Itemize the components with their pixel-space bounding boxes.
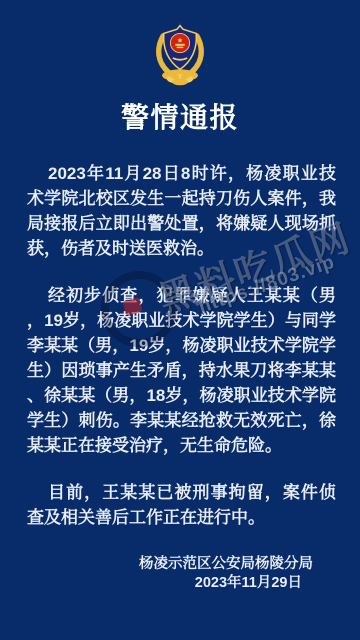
issuer-name: 杨凌示范区公安局杨陵分局: [139, 555, 313, 574]
notice-paragraph-1: 2023年11月28日8时许，杨凌职业技术学院北校区发生一起持刀伤人案件，我局接…: [27, 161, 336, 261]
police-emblem-icon: [150, 22, 210, 88]
signature-block: 杨凌示范区公安局杨陵分局 2023年11月29日: [139, 555, 313, 593]
police-notice-poster: 警情通报 2023年11月28日8时许，杨凌职业技术学院北校区发生一起持刀伤人案…: [0, 0, 360, 640]
notice-paragraph-3: 目前，王某某已被刑事拘留，案件侦查及相关善后工作正在进行中。: [27, 480, 336, 530]
notice-title: 警情通报: [0, 96, 360, 136]
notice-date: 2023年11月29日: [139, 574, 313, 593]
notice-paragraph-2: 经初步侦查，犯罪嫌疑人王某某（男，19岁，杨凌职业技术学院学生）与同学李某某（男…: [27, 283, 336, 458]
notice-body: 2023年11月28日8时许，杨凌职业技术学院北校区发生一起持刀伤人案件，我局接…: [27, 161, 336, 552]
